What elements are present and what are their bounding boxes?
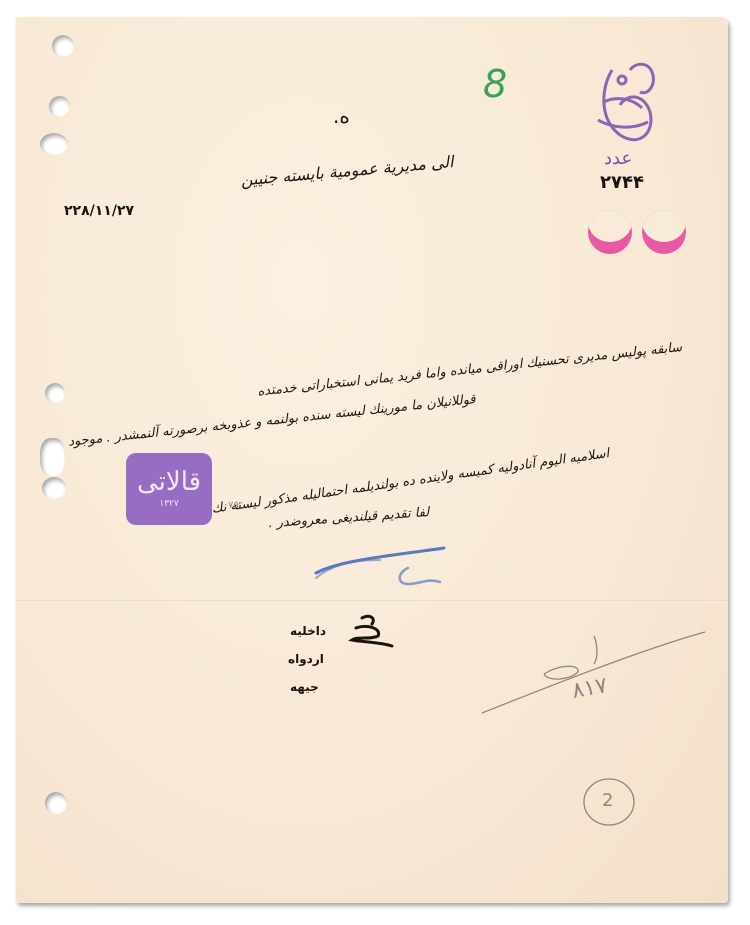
pencil-annotation [482, 632, 705, 825]
blue-crayon-mark [316, 548, 444, 584]
registry-label: عدد [604, 148, 632, 169]
crescent-stamp-icon [642, 210, 686, 254]
tughra-seal-icon [0, 0, 750, 925]
square-seal-text: قالاتی [137, 469, 201, 495]
circled-number: 2 [602, 790, 613, 811]
square-seal-stamp: قالاتی ١٣٢٧ [126, 453, 212, 525]
square-seal-number: ١٣٢٧ [159, 499, 178, 509]
signature-title-line: داخلیه [290, 624, 326, 638]
signature-title-line: اردواه [288, 652, 324, 666]
registry-number: ۲۷۴۴ [600, 172, 644, 193]
signature-title-line: جیهه [290, 680, 319, 694]
crescent-stamp-icon [588, 210, 632, 254]
small-pencil-note: ۷۵ [228, 500, 239, 511]
